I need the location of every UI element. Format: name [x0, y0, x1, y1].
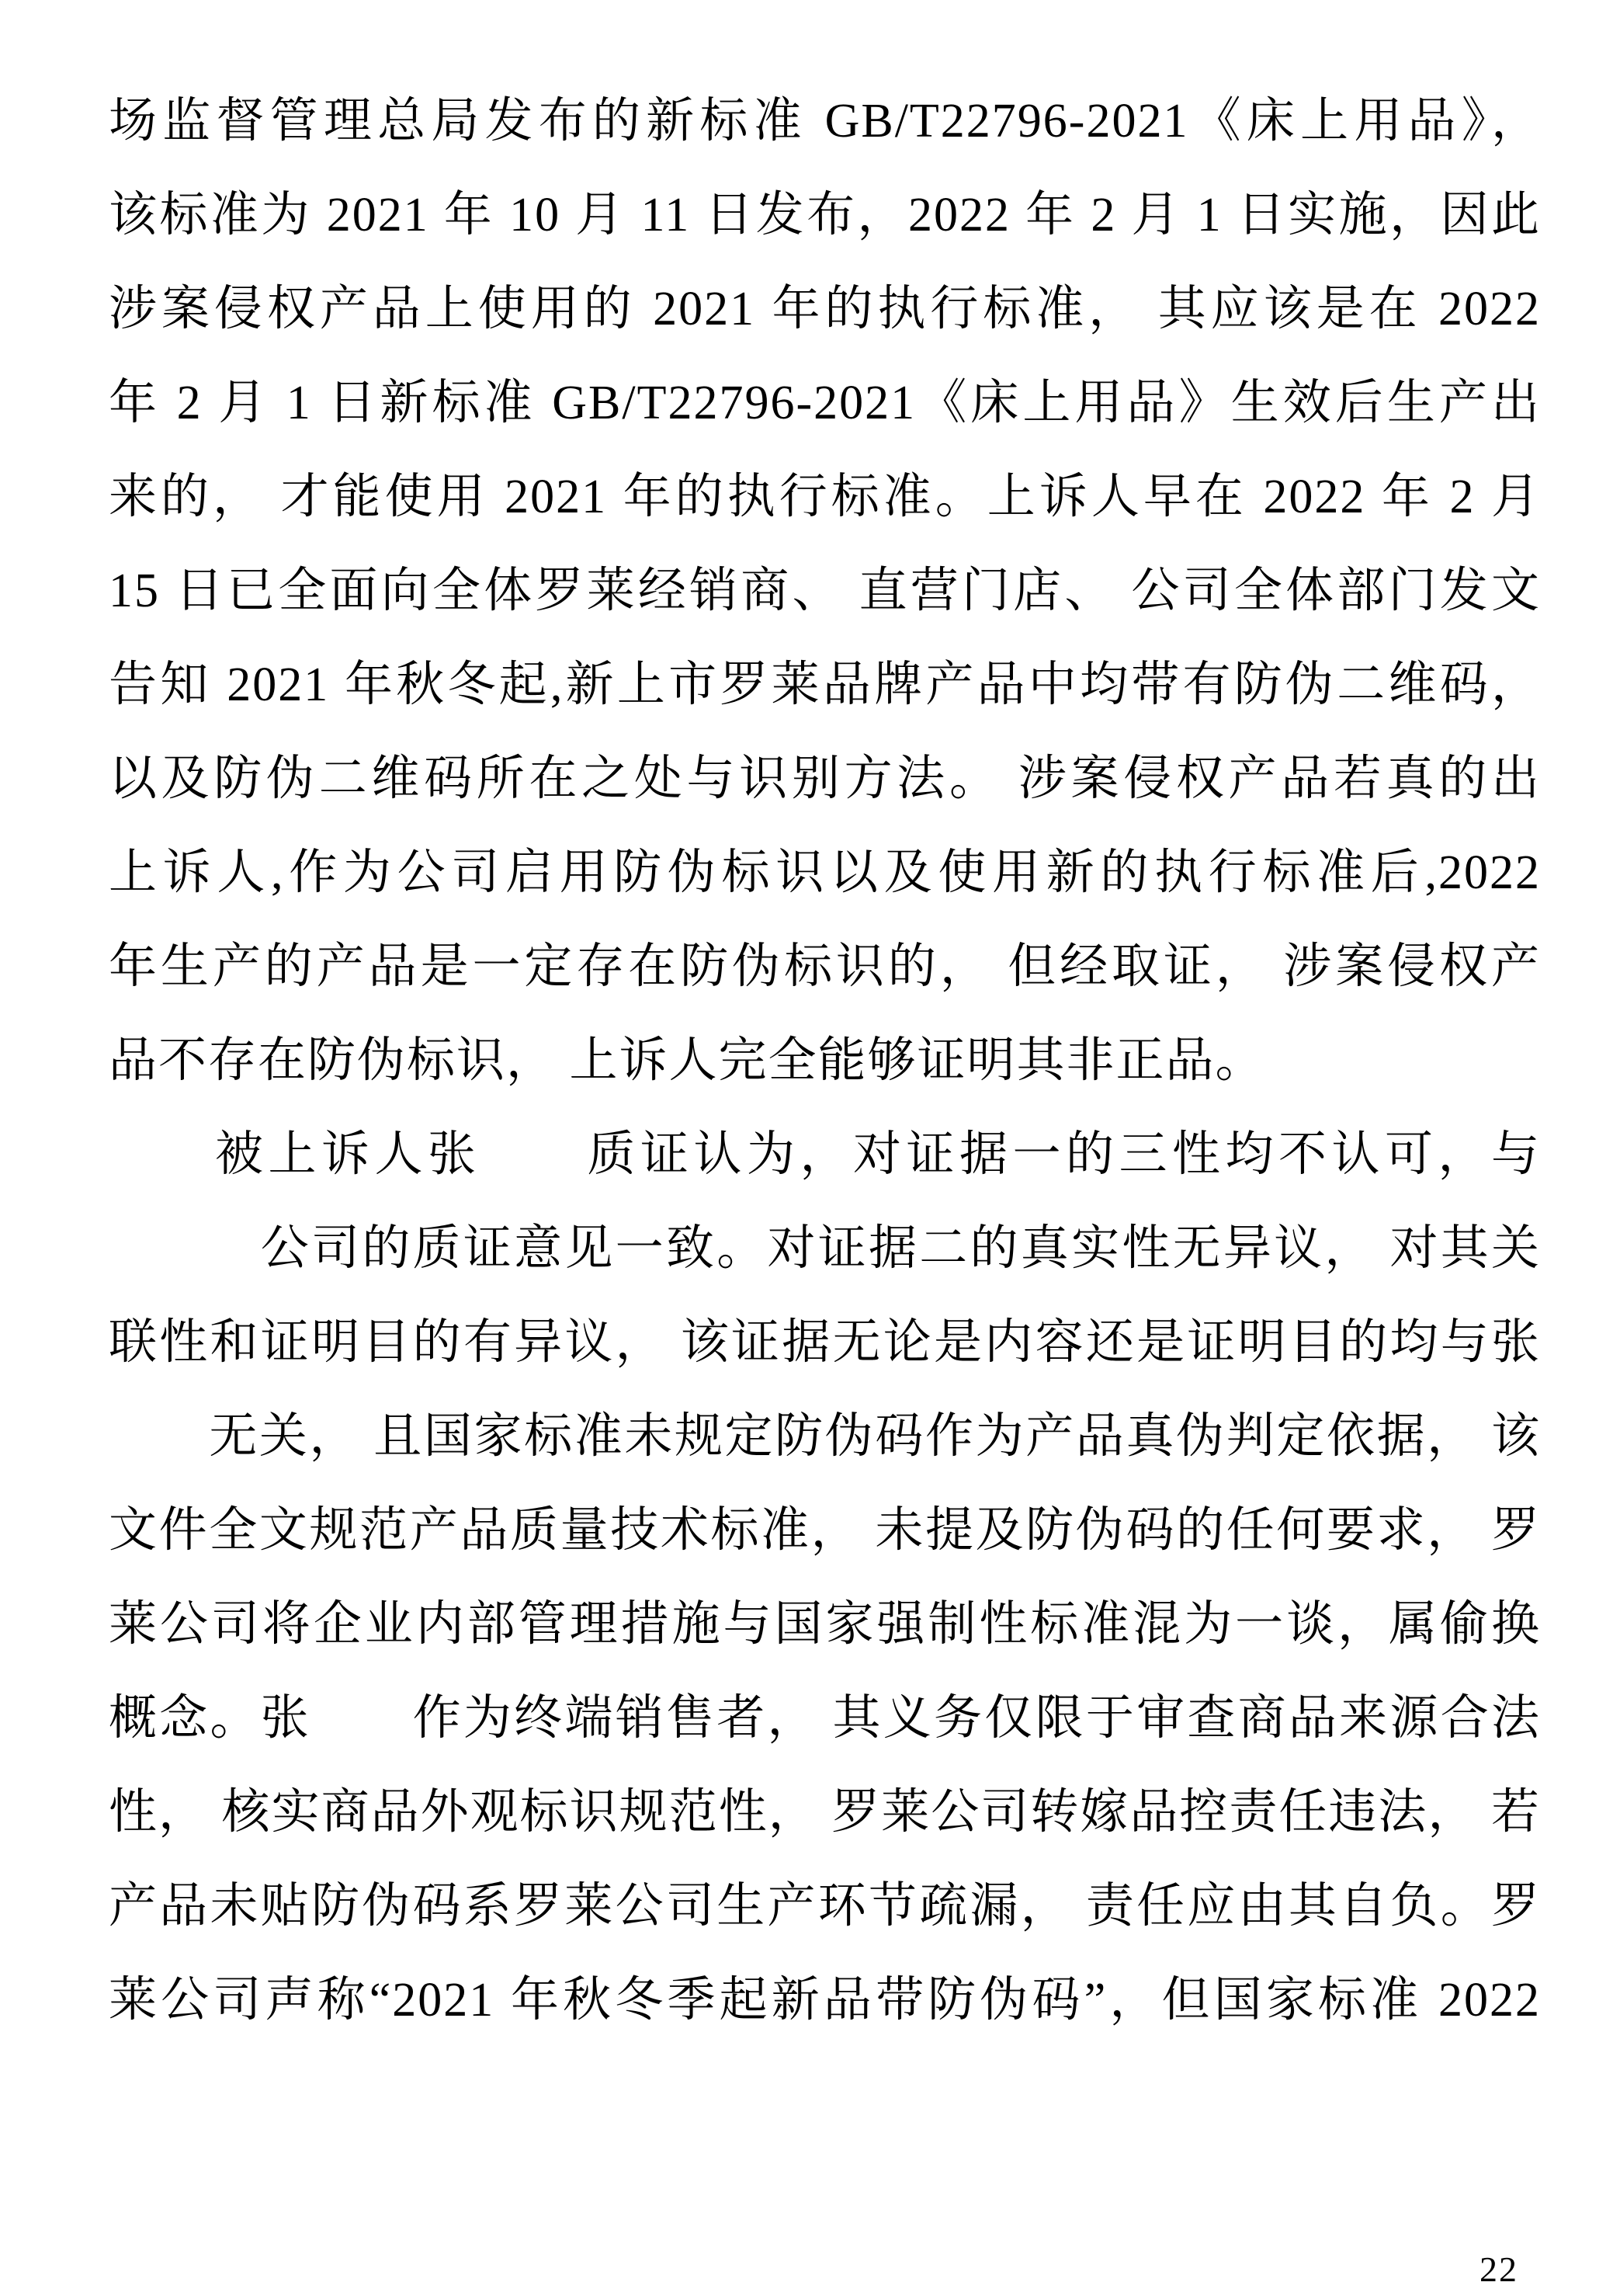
text-line: 年生产的产品是一定存在防伪标识的， 但经取证， 涉案侵权产: [109, 920, 1541, 1014]
text-line: 15 日已全面向全体罗莱经销商、 直营门店、 公司全体部门发文: [109, 544, 1541, 638]
text-line-paragraph-end: 品不存在防伪标识， 上诉人完全能够证明其非正品。: [109, 1014, 1541, 1108]
text-line: 联性和证明目的有异议， 该证据无论是内容还是证明目的均与张: [109, 1296, 1541, 1390]
text-line: 被上诉人张 质证认为，对证据一的三性均不认可，与: [109, 1108, 1541, 1202]
text-line: 无关， 且国家标准未规定防伪码作为产品真伪判定依据， 该: [109, 1390, 1541, 1484]
text-line: 莱公司将企业内部管理措施与国家强制性标准混为一谈，属偷换: [109, 1578, 1541, 1672]
text-line: 概念。张 作为终端销售者， 其义务仅限于审查商品来源合法: [109, 1672, 1541, 1766]
text-line: 该标准为 2021 年 10 月 11 日发布，2022 年 2 月 1 日实施…: [109, 168, 1541, 262]
text-line: 涉案侵权产品上使用的 2021 年的执行标准， 其应该是在 2022: [109, 262, 1541, 356]
text-line: 莱公司声称“2021 年秋冬季起新品带防伪码”，但国家标准 2022: [109, 1954, 1541, 2048]
text-line: 产品未贴防伪码系罗莱公司生产环节疏漏， 责任应由其自负。罗: [109, 1860, 1541, 1954]
text-line: 性， 核实商品外观标识规范性， 罗莱公司转嫁品控责任违法， 若: [109, 1766, 1541, 1860]
text-block: 场监督管理总局发布的新标准 GB/T22796-2021《床上用品》， 该标准为…: [109, 75, 1541, 2048]
document-page: 场监督管理总局发布的新标准 GB/T22796-2021《床上用品》， 该标准为…: [0, 0, 1620, 2296]
text-line: 年 2 月 1 日新标准 GB/T22796-2021《床上用品》生效后生产出: [109, 356, 1541, 450]
page-number: 22: [1480, 2252, 1518, 2287]
text-line: 场监督管理总局发布的新标准 GB/T22796-2021《床上用品》，: [109, 75, 1541, 168]
text-line: 公司的质证意见一致。对证据二的真实性无异议， 对其关: [109, 1202, 1541, 1296]
text-line: 文件全文规范产品质量技术标准， 未提及防伪码的任何要求， 罗: [109, 1484, 1541, 1578]
text-line: 以及防伪二维码所在之处与识别方法。 涉案侵权产品若真的出: [109, 732, 1541, 826]
text-line: 来的， 才能使用 2021 年的执行标准。上诉人早在 2022 年 2 月: [109, 450, 1541, 544]
text-line: 上诉人,作为公司启用防伪标识以及使用新的执行标准后,2022: [109, 826, 1541, 920]
text-line: 告知 2021 年秋冬起,新上市罗莱品牌产品中均带有防伪二维码，: [109, 638, 1541, 732]
